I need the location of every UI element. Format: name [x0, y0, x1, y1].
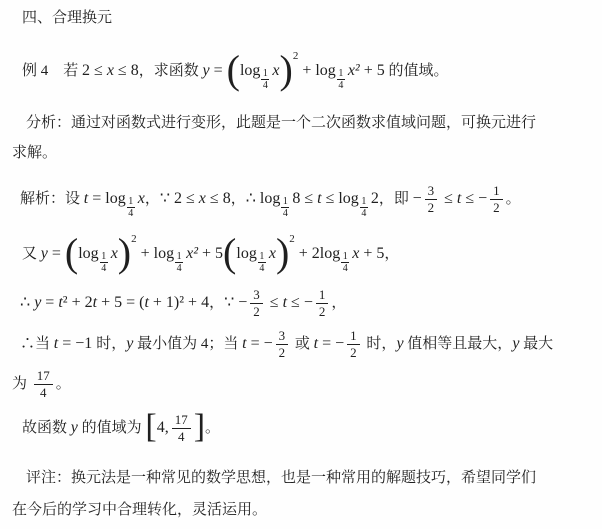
plus-operator: + [298, 62, 315, 79]
log-word: log [260, 190, 280, 207]
log-word: log [315, 62, 335, 79]
analysis-line-1: 分析：通过对函数式进行变形，此题是一个二次函数求值域问题，可换元进行 [12, 108, 594, 138]
example-statement: 例 4 若 2 ≤ x ≤ 8，求函数 y = (log14x)2 + log1… [22, 42, 594, 100]
fraction-numerator: 1 [316, 287, 329, 304]
right-paren: ) [118, 230, 131, 275]
range-is-text: 的值域为 [78, 420, 146, 436]
that-is-text: ，即 [379, 191, 413, 207]
fraction-denominator: 4 [258, 263, 266, 274]
example-condition-intro: 若 [48, 63, 82, 79]
log-word: log [105, 190, 125, 207]
fraction-numerator: 1 [341, 251, 349, 263]
var-x: x [272, 62, 279, 79]
number-eight: 8 [223, 190, 231, 207]
base-fraction-one-quarter: 14 [281, 196, 289, 219]
lower-bound-four: 4, [157, 419, 169, 436]
le-operator: ≤ [287, 294, 304, 311]
when-suffix-text: 时， [96, 336, 126, 352]
comma: ， [145, 191, 160, 207]
when-suffix-text: 时， [363, 336, 397, 352]
log-base-one-quarter: log14 [240, 63, 272, 79]
fraction-numerator: 1 [347, 328, 360, 345]
also-text: 又 [22, 246, 41, 262]
le-operator: ≤ [206, 190, 223, 207]
var-y: y [202, 62, 209, 79]
fraction-denominator: 4 [172, 429, 191, 445]
period: 。 [506, 191, 521, 207]
var-x: x [111, 245, 118, 262]
fraction-numerator: 1 [258, 251, 266, 263]
fraction-three-halves: 32 [425, 183, 438, 217]
le-operator: ≤ [440, 190, 457, 207]
plus-operator: + [359, 245, 376, 262]
is-text: 为 [12, 376, 31, 392]
log-word: log [154, 245, 174, 262]
equals-operator: = [48, 245, 65, 262]
le-operator: ≤ [182, 190, 199, 207]
var-y: y [396, 335, 403, 352]
comma: ， [231, 191, 246, 207]
conclusion-lead-text: 故函数 [22, 420, 71, 436]
fraction-denominator: 4 [337, 80, 345, 91]
le-operator: ≤ [461, 190, 478, 207]
solution-setup-line: 解析：设 t = log14x，∵ 2 ≤ x ≤ 8，∴ log148 ≤ t… [20, 174, 594, 224]
le-operator: ≤ [114, 62, 131, 79]
example-tail-text: 的值域。 [385, 63, 449, 79]
log-base-one-quarter: log14 [236, 246, 268, 262]
base-fraction-one-quarter: 14 [341, 251, 349, 274]
comment-line-1: 评注：换元法是一种常见的数学思想，也是一种常用的解题技巧，希望同学们 [12, 462, 594, 494]
fraction-three-halves: 32 [250, 287, 263, 321]
fraction-numerator: 1 [261, 68, 269, 80]
number-eight: 8 [131, 62, 139, 79]
fraction-numerator: 3 [250, 287, 263, 304]
number-two: 2 [371, 190, 379, 207]
plus-five-equals-open: + 5 = ( [97, 294, 144, 311]
period: 。 [56, 376, 71, 392]
fraction-numerator: 1 [100, 251, 108, 263]
example-mid-text: ，求函数 [139, 63, 203, 79]
coefficient-two: 2 [312, 245, 320, 262]
log-word: log [236, 245, 256, 262]
fraction-one-half: 12 [490, 183, 503, 217]
exponent-two: 2 [289, 233, 295, 245]
fraction-one-half: 12 [347, 328, 360, 362]
log-base-one-quarter: log14 [154, 246, 186, 262]
parenthesized-log-squared: (log14x)2 [223, 246, 295, 262]
le-operator: ≤ [300, 190, 317, 207]
quadratic-form-line: ∴ y = t² + 2t + 5 = (t + 1)² + 4，∵ −32 ≤… [20, 284, 594, 322]
right-bracket: ] [194, 408, 205, 445]
fraction-numerator: 1 [281, 196, 289, 208]
exponent-two: 2 [131, 233, 137, 245]
comment-paragraph: 评注：换元法是一种常见的数学思想，也是一种常用的解题技巧，希望同学们 在今后的学… [6, 462, 594, 526]
fraction-denominator: 4 [360, 208, 368, 219]
log-word: log [240, 62, 260, 79]
fraction-numerator: 17 [34, 368, 53, 385]
squared-plus-two: ² + 2 [63, 294, 93, 311]
plus-operator: + [360, 62, 377, 79]
analysis-paragraph: 分析：通过对函数式进行变形，此题是一个二次函数求值域问题，可换元进行 求解。 [6, 108, 594, 168]
base-fraction-one-quarter: 14 [127, 196, 135, 219]
therefore-symbol: ∴ [246, 190, 260, 207]
because-symbol: ∵ [224, 294, 238, 311]
example-label: 例 4 [22, 63, 48, 79]
log-base-one-quarter: log14 [338, 191, 370, 207]
fraction-numerator: 3 [425, 183, 438, 200]
var-x: x [199, 190, 206, 207]
var-y: y [71, 419, 78, 436]
left-paren: ( [65, 230, 78, 275]
fraction-numerator: 1 [175, 251, 183, 263]
base-fraction-one-quarter: 14 [175, 251, 183, 274]
le-operator: ≤ [322, 190, 339, 207]
base-fraction-one-quarter: 14 [258, 251, 266, 274]
le-operator: ≤ [90, 62, 107, 79]
log-base-one-quarter: log14 [78, 246, 110, 262]
fraction-numerator: 1 [127, 196, 135, 208]
range-conclusion-line: 故函数 y 的值域为 [4,174]。 [22, 404, 594, 452]
plus-operator: + [295, 245, 312, 262]
parenthesized-log-squared: (log14x)2 [65, 246, 137, 262]
log-base-one-quarter: log14 [320, 246, 352, 262]
minus-sign: − [413, 190, 422, 207]
fraction-denominator: 2 [347, 345, 360, 361]
fraction-numerator: 1 [490, 183, 503, 200]
comment-line-2: 在今后的学习中合理转化，灵活运用。 [12, 494, 594, 526]
var-x-squared: x² [186, 245, 198, 262]
equals-minus: = − [247, 335, 273, 352]
var-y: y [41, 245, 48, 262]
comma: ， [331, 295, 346, 311]
log-word: log [338, 190, 358, 207]
minus-sign: − [478, 190, 487, 207]
base-fraction-one-quarter: 14 [360, 196, 368, 219]
fraction-denominator: 4 [34, 385, 53, 401]
equals-minus-one: = −1 [58, 335, 96, 352]
left-bracket: [ [145, 408, 156, 445]
or-text: 或 [291, 336, 314, 352]
base-fraction-one-quarter: 14 [100, 251, 108, 274]
plus-one-squared-plus-four: + 1)² + 4 [149, 294, 209, 311]
log-word: log [320, 245, 340, 262]
equal-and-max-text: 值相等且最大， [404, 336, 513, 352]
exponent-two: 2 [293, 50, 299, 62]
fraction-numerator: 3 [276, 328, 289, 345]
fraction-one-half: 12 [316, 287, 329, 321]
var-x: x [107, 62, 114, 79]
plus-operator: + [198, 245, 215, 262]
fraction-denominator: 2 [276, 345, 289, 361]
fraction-denominator: 4 [127, 208, 135, 219]
equals-operator: = [210, 62, 227, 79]
log-base-one-quarter: log14 [260, 191, 292, 207]
fraction-denominator: 4 [281, 208, 289, 219]
base-fraction-one-quarter: 14 [261, 68, 269, 91]
fraction-numerator: 17 [172, 412, 191, 429]
le-operator: ≤ [266, 294, 283, 311]
minus-sign: − [238, 294, 247, 311]
therefore-symbol: ∴ [20, 294, 34, 311]
max-value-line: 为 174。 [12, 366, 594, 402]
var-x-squared: x² [348, 62, 360, 79]
fraction-denominator: 4 [341, 263, 349, 274]
expansion-line: 又 y = (log14x)2 + log14x² + 5(log14x)2 +… [22, 224, 594, 284]
right-paren: ) [276, 230, 289, 275]
plus-operator: + [137, 245, 154, 262]
fraction-denominator: 2 [316, 304, 329, 320]
number-five: 5 [215, 245, 223, 262]
base-fraction-one-quarter: 14 [337, 68, 345, 91]
var-x: x [138, 190, 145, 207]
section-heading-text: 四、合理换元 [22, 10, 112, 26]
right-paren: ) [280, 47, 293, 92]
equals-operator: = [41, 294, 58, 311]
section-heading: 四、合理换元 [22, 8, 594, 28]
number-two: 2 [174, 190, 182, 207]
min-value-text: 最小值为 4；当 [133, 336, 242, 352]
fraction-seventeen-fourths: 174 [172, 412, 191, 446]
because-symbol: ∵ [160, 190, 174, 207]
log-base-one-quarter: log14 [105, 191, 137, 207]
fraction-denominator: 2 [425, 200, 438, 216]
log-word: log [78, 245, 98, 262]
analysis-line-2: 求解。 [12, 138, 594, 168]
period: 。 [205, 420, 220, 436]
comma: ， [209, 295, 224, 311]
number-five: 5 [377, 62, 385, 79]
fraction-numerator: 1 [360, 196, 368, 208]
fraction-numerator: 1 [337, 68, 345, 80]
minus-sign: − [304, 294, 313, 311]
min-max-line: ∴当 t = −1 时，y 最小值为 4；当 t = −32 或 t = −12… [20, 322, 594, 366]
document-page: 四、合理换元 例 4 若 2 ≤ x ≤ 8，求函数 y = (log14x)2… [0, 0, 602, 526]
equals-operator: = [88, 190, 105, 207]
left-paren: ( [223, 230, 236, 275]
number-two: 2 [82, 62, 90, 79]
parenthesized-log-squared: (log14x)2 [227, 63, 299, 79]
equals-minus: = − [318, 335, 344, 352]
fraction-seventeen-fourths: 174 [34, 368, 53, 402]
comma: ， [384, 246, 399, 262]
therefore-when-text: ∴当 [20, 336, 54, 352]
fraction-denominator: 4 [175, 263, 183, 274]
solution-lead-text: 解析：设 [20, 191, 84, 207]
fraction-three-halves: 32 [276, 328, 289, 362]
var-x: x [269, 245, 276, 262]
fraction-denominator: 2 [490, 200, 503, 216]
fraction-denominator: 4 [261, 80, 269, 91]
left-paren: ( [227, 47, 240, 92]
fraction-denominator: 4 [100, 263, 108, 274]
log-base-one-quarter: log14 [315, 63, 347, 79]
max-text: 最大 [519, 336, 553, 352]
fraction-denominator: 2 [250, 304, 263, 320]
